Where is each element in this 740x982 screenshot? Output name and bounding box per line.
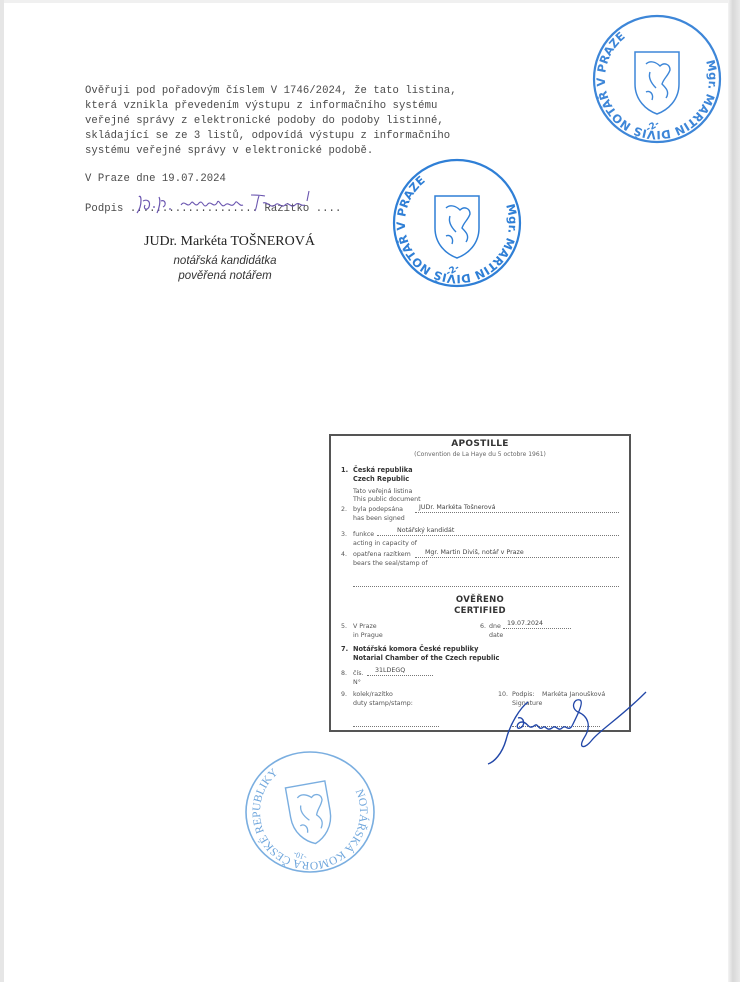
page-left-edge	[0, 0, 4, 982]
seal-en: bears the seal/stamp of	[353, 560, 428, 567]
item-number: 2.	[341, 506, 347, 513]
notary-role-line: pověřená notářem	[150, 269, 300, 284]
item-number: 5.	[341, 623, 347, 630]
certification-line: veřejné správy z elektronické podoby do …	[85, 114, 545, 129]
page-top-edge	[0, 0, 740, 3]
certification-line: Ověřuji pod pořadovým číslem V 1746/2024…	[85, 84, 545, 99]
notary-stamp-icon: Mgr. MARTIN DIVIŠ NOTÁŘ V PRAZE -2-	[390, 156, 524, 290]
apostille-handwritten-signature	[480, 688, 650, 768]
date-field: 19.07.2024	[503, 620, 571, 629]
country-cz: Česká republika	[353, 466, 413, 474]
seal-field-extra	[353, 578, 619, 587]
signed-by-field: JUDr. Markéta Tošnerová	[415, 504, 619, 513]
at-en: in Prague	[353, 632, 383, 639]
certified-en: CERTIFIED	[331, 606, 629, 616]
certification-text: Ověřuji pod pořadovým číslem V 1746/2024…	[85, 84, 545, 159]
place-date: V Praze dne 19.07.2024	[85, 172, 226, 187]
notary-role: notářská kandidátka pověřená notářem	[150, 254, 300, 284]
country-en: Czech Republic	[353, 475, 409, 483]
apostille-subtitle: (Convention de La Haye du 5 octobre 1961…	[331, 451, 629, 458]
at-cz: V Praze	[353, 623, 377, 630]
item-number: 8.	[341, 670, 347, 677]
item-number: 9.	[341, 691, 347, 698]
notary-stamp-middle: Mgr. MARTIN DIVIŠ NOTÁŘ V PRAZE -2-	[390, 156, 524, 290]
item-number: 6.	[480, 623, 486, 630]
seal-cz: opatřena razítkem	[353, 551, 411, 558]
signed-en: has been signed	[353, 515, 405, 522]
chamber-stamp-icon: NOTÁŘSKÁ KOMORA ČESKÉ REPUBLIKY -10-	[240, 748, 380, 876]
seal-field: Mgr. Martin Diviš, notář v Praze	[415, 549, 619, 558]
duty-en: duty stamp/stamp:	[353, 700, 413, 707]
number-field: 31LDEGQ	[367, 667, 433, 676]
number-en: N°	[353, 679, 361, 686]
item-number: 1.	[341, 466, 348, 474]
capacity-cz: funkce	[353, 531, 374, 538]
capacity-field: Notářský kandidát	[377, 527, 619, 536]
document-en: This public document	[353, 496, 421, 503]
capacity-en: acting in capacity of	[353, 540, 417, 547]
signature-label: Podpis	[85, 203, 123, 215]
duty-field	[353, 718, 439, 727]
handwritten-signature	[133, 187, 328, 217]
date-cz: dne	[489, 623, 501, 630]
notary-role-line: notářská kandidátka	[150, 254, 300, 269]
chamber-stamp: NOTÁŘSKÁ KOMORA ČESKÉ REPUBLIKY -10-	[240, 748, 380, 876]
certification-line: skládající se ze 3 listů, odpovídá výstu…	[85, 129, 545, 144]
certification-line: která vznikla převedením výstupu z infor…	[85, 99, 545, 114]
notary-stamp-top: Mgr. MARTIN DIVIŠ NOTÁŘ V PRAZE -2-	[590, 12, 724, 146]
item-number: 7.	[341, 645, 348, 653]
svg-text:NOTÁŘSKÁ KOMORA ČESKÉ REPUBLIK: NOTÁŘSKÁ KOMORA ČESKÉ REPUBLIKY	[240, 748, 380, 876]
duty-cz: kolek/razítko	[353, 691, 393, 698]
document-cz: Tato veřejná listina	[353, 488, 412, 495]
page-right-edge	[728, 0, 740, 982]
item-number: 4.	[341, 551, 347, 558]
authority-en: Notarial Chamber of the Czech republic	[353, 654, 499, 662]
stamp-circle-text: NOTÁŘSKÁ KOMORA ČESKÉ REPUBLIKY	[240, 748, 380, 876]
certified-cz: OVĚŘENO	[331, 595, 629, 605]
apostille-title: APOSTILLE	[331, 439, 629, 449]
notary-stamp-icon: Mgr. MARTIN DIVIŠ NOTÁŘ V PRAZE -2-	[590, 12, 724, 146]
number-cz: čís.	[353, 670, 364, 677]
notary-name: JUDr. Markéta TOŠNEROVÁ	[144, 234, 315, 250]
signed-cz: byla podepsána	[353, 506, 403, 513]
item-number: 3.	[341, 531, 347, 538]
authority-cz: Notářská komora České republiky	[353, 645, 478, 653]
date-en: date	[489, 632, 503, 639]
